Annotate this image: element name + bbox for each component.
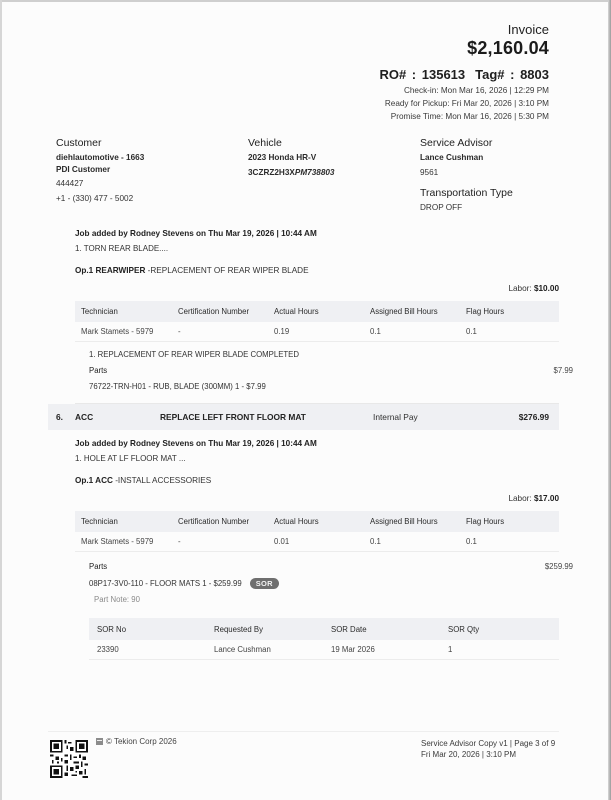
table-row: Mark Stamets - 5979 - 0.19 0.1 0.1 (75, 322, 559, 342)
flag-hours: 0.1 (460, 532, 559, 552)
parts-header: Parts $259.99 (89, 562, 559, 571)
flag-hours: 0.1 (460, 322, 559, 342)
technician-name: Mark Stamets - 5979 (75, 532, 172, 552)
technician-name: Mark Stamets - 5979 (75, 322, 172, 342)
service-advisor-section: Service Advisor Lance Cushman 9561 Trans… (420, 137, 513, 214)
tekion-logo-icon (96, 738, 103, 745)
check-in-time: Check-in: Mon Mar 16, 2026 | 12:29 PM (379, 86, 549, 96)
customer-name: diehlautomotive - 1663 (56, 152, 144, 164)
operation-description: -REPLACEMENT OF REAR WIPER BLADE (145, 266, 308, 275)
col-technician: Technician (75, 301, 172, 322)
qr-code-icon (50, 740, 88, 778)
part-description: 08P17-3V0-110 - FLOOR MATS 1 - $259.99 (89, 579, 242, 588)
vehicle-description: 2023 Honda HR-V (248, 152, 334, 164)
certification-number: - (172, 322, 268, 342)
scan-edge-left (0, 0, 2, 800)
job-block-1: Job added by Rodney Stevens on Thu Mar 1… (75, 229, 559, 404)
parts-section: 1. REPLACEMENT OF REAR WIPER BLADE COMPL… (89, 350, 559, 391)
customer-type: PDI Customer (56, 164, 144, 176)
parts-header: Parts $7.99 (89, 366, 559, 375)
table-row: Mark Stamets - 5979 - 0.01 0.1 0.1 (75, 532, 559, 552)
col-actual-hours: Actual Hours (268, 511, 364, 532)
vehicle-section: Vehicle 2023 Honda HR-V 3CZRZ2H3XPM73880… (248, 137, 334, 178)
job-amount: $276.99 (519, 412, 549, 422)
part-line-item: 08P17-3V0-110 - FLOOR MATS 1 - $259.99 S… (89, 578, 559, 589)
assigned-bill-hours: 0.1 (364, 322, 460, 342)
labor-total: Labor: $10.00 (75, 284, 559, 293)
service-advisor-id: 9561 (420, 167, 513, 179)
customer-id: 444427 (56, 178, 144, 190)
col-technician: Technician (75, 511, 172, 532)
col-sor-qty: SOR Qty (440, 618, 559, 640)
col-assigned-bill-hours: Assigned Bill Hours (364, 511, 460, 532)
sor-date: 19 Mar 2026 (323, 640, 440, 660)
copyright-text: © Tekion Corp 2026 (106, 737, 177, 746)
parts-amount: $7.99 (553, 366, 573, 375)
copy-page-info: Service Advisor Copy v1 | Page 3 of 9 (421, 739, 555, 750)
vehicle-vin: 3CZRZ2H3XPM738803 (248, 167, 334, 179)
service-advisor-name: Lance Cushman (420, 152, 513, 164)
job-added-by: Job added by Rodney Stevens on Thu Mar 1… (75, 229, 559, 238)
operation-code: Op.1 ACC (75, 476, 113, 485)
sor-badge: SOR (250, 578, 279, 589)
job-code: ACC (75, 412, 93, 422)
col-sor-date: SOR Date (323, 618, 440, 640)
table-header-row: SOR No Requested By SOR Date SOR Qty (89, 618, 559, 640)
col-sor-no: SOR No (89, 618, 206, 640)
actual-hours: 0.19 (268, 322, 364, 342)
table-header-row: Technician Certification Number Actual H… (75, 301, 559, 322)
sor-requested-by: Lance Cushman (206, 640, 323, 660)
correction-text: 1. REPLACEMENT OF REAR WIPER BLADE COMPL… (89, 350, 559, 359)
tag-number: Tag# : 8803 (475, 67, 549, 82)
ready-for-pickup-time: Ready for Pickup: Fri Mar 20, 2026 | 3:1… (379, 99, 549, 109)
parts-label: Parts (89, 562, 107, 571)
parts-label: Parts (89, 366, 107, 375)
customer-heading: Customer (56, 137, 144, 149)
col-certification-number: Certification Number (172, 301, 268, 322)
vin-prefix: 3CZRZ2H3X (248, 168, 295, 177)
table-row: 23390 Lance Cushman 19 Mar 2026 1 (89, 640, 559, 660)
operation-code: Op.1 REARWIPER (75, 266, 145, 275)
invoice-total: $2,160.04 (379, 38, 549, 59)
assigned-bill-hours: 0.1 (364, 532, 460, 552)
footer-copyright: © Tekion Corp 2026 (96, 737, 177, 746)
job-concern: 1. TORN REAR BLADE.... (75, 244, 559, 253)
col-flag-hours: Flag Hours (460, 511, 559, 532)
table-header-row: Technician Certification Number Actual H… (75, 511, 559, 532)
operation-line: Op.1 REARWIPER -REPLACEMENT OF REAR WIPE… (75, 266, 559, 275)
sor-qty: 1 (440, 640, 559, 660)
customer-phone: +1 - (330) 477 - 5002 (56, 193, 144, 205)
parts-section: Parts $259.99 08P17-3V0-110 - FLOOR MATS… (89, 562, 559, 660)
operation-description: -INSTALL ACCESSORIES (113, 476, 211, 485)
ro-tag-line: RO# : 135613Tag# : 8803 (379, 67, 549, 82)
job-concern: 1. HOLE AT LF FLOOR MAT ... (75, 454, 559, 463)
operation-line: Op.1 ACC -INSTALL ACCESSORIES (75, 476, 559, 485)
col-certification-number: Certification Number (172, 511, 268, 532)
actual-hours: 0.01 (268, 532, 364, 552)
footer-page-info: Service Advisor Copy v1 | Page 3 of 9 Fr… (421, 739, 555, 760)
transportation-type-value: DROP OFF (420, 202, 513, 214)
technician-table: Technician Certification Number Actual H… (75, 301, 559, 342)
transportation-type-heading: Transportation Type (420, 187, 513, 199)
labor-amount: $17.00 (534, 494, 559, 503)
col-assigned-bill-hours: Assigned Bill Hours (364, 301, 460, 322)
vehicle-heading: Vehicle (248, 137, 334, 149)
promise-time: Promise Time: Mon Mar 16, 2026 | 5:30 PM (379, 112, 549, 122)
job-description: REPLACE LEFT FRONT FLOOR MAT (160, 412, 306, 422)
printed-timestamp: Fri Mar 20, 2026 | 3:10 PM (421, 750, 555, 761)
job-number: 6. (56, 412, 63, 422)
job-pay-type: Internal Pay (373, 412, 418, 422)
labor-total: Labor: $17.00 (75, 494, 559, 503)
certification-number: - (172, 532, 268, 552)
invoice-header: Invoice $2,160.04 RO# : 135613Tag# : 880… (379, 22, 549, 122)
col-requested-by: Requested By (206, 618, 323, 640)
parts-amount: $259.99 (545, 562, 573, 571)
customer-section: Customer diehlautomotive - 1663 PDI Cust… (56, 137, 144, 204)
technician-table: Technician Certification Number Actual H… (75, 511, 559, 552)
sor-table: SOR No Requested By SOR Date SOR Qty 233… (89, 618, 559, 660)
footer-divider (48, 731, 559, 732)
scan-edge-top (0, 0, 611, 2)
sor-number: 23390 (89, 640, 206, 660)
ro-number: RO# : 135613 (379, 67, 465, 82)
service-advisor-heading: Service Advisor (420, 137, 513, 149)
job-summary-row: 6. ACC REPLACE LEFT FRONT FLOOR MAT Inte… (48, 404, 559, 430)
col-flag-hours: Flag Hours (460, 301, 559, 322)
col-actual-hours: Actual Hours (268, 301, 364, 322)
labor-amount: $10.00 (534, 284, 559, 293)
job-block-6: Job added by Rodney Stevens on Thu Mar 1… (75, 439, 559, 660)
job-added-by: Job added by Rodney Stevens on Thu Mar 1… (75, 439, 559, 448)
document-type: Invoice (379, 22, 549, 37)
part-note: Part Note: 90 (94, 595, 559, 604)
part-line-item: 76722-TRN-H01 - RUB, BLADE (300MM) 1 - $… (89, 382, 559, 391)
vin-suffix: PM738803 (295, 168, 335, 177)
